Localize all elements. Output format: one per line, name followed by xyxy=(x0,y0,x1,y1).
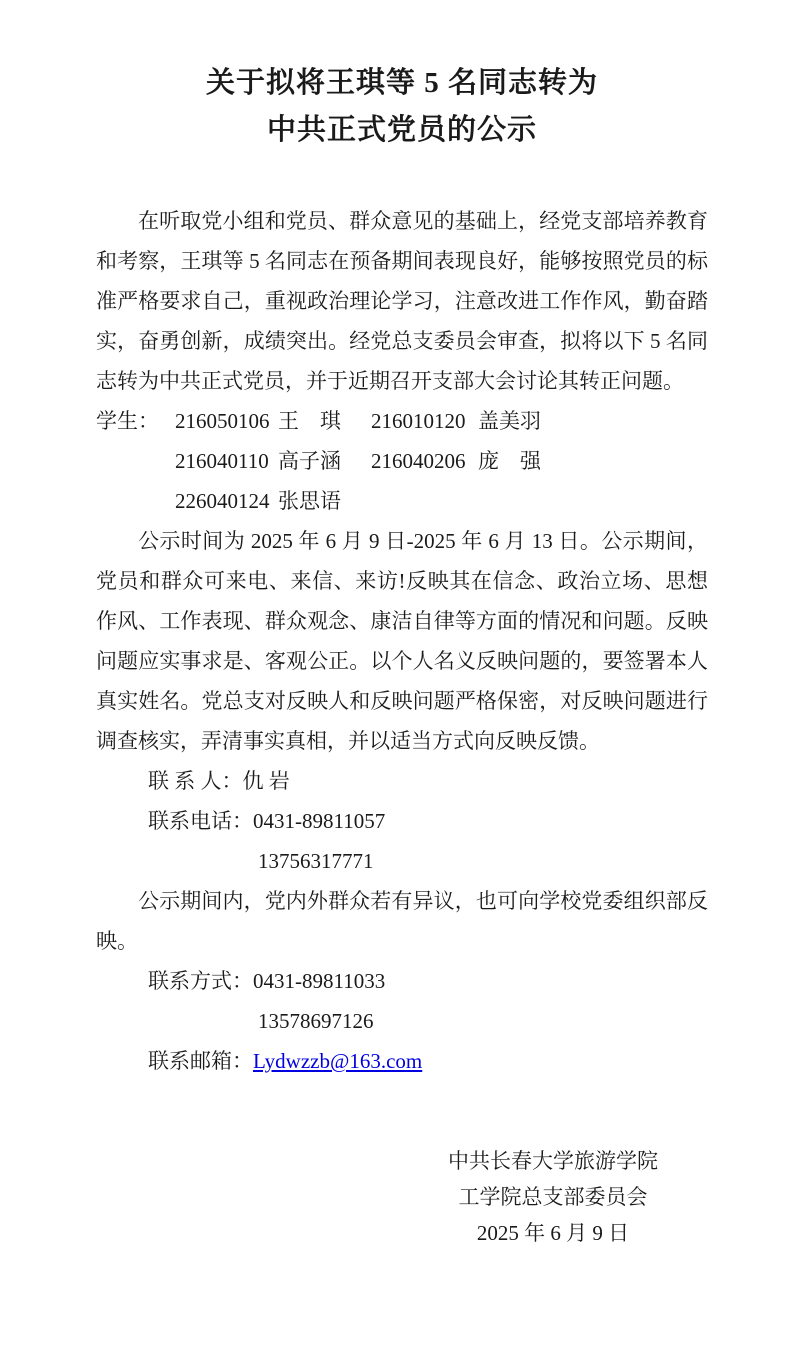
contact-method-row: 联系方式： 0431-89811033 xyxy=(148,961,708,1001)
student-name: 盖美羽 xyxy=(478,401,571,441)
contact-method-number: 0431-89811033 xyxy=(253,961,385,1001)
contact-method-number: 13578697126 xyxy=(258,1009,374,1033)
student-row: 216040110 高子涵 216040206 庞 强 xyxy=(96,441,708,481)
document-page: 关于拟将王琪等 5 名同志转为 中共正式党员的公示 在听取党小组和党员、群众意见… xyxy=(0,0,799,1346)
paragraph-objection: 公示期间内，党内外群众若有异议，也可向学校党委组织部反映。 xyxy=(96,881,708,961)
document-title-line-2: 中共正式党员的公示 xyxy=(96,107,708,154)
student-row-indent xyxy=(96,481,175,521)
contact-person-label: 联 系 人： xyxy=(148,761,243,801)
signature-org-line-1: 中共长春大学旅游学院 xyxy=(448,1143,658,1179)
student-id: 226040124 xyxy=(175,481,278,521)
email-link[interactable]: Lydwzzb@163.com xyxy=(253,1041,422,1081)
contact-phone-row-2: 13756317771 xyxy=(258,841,708,881)
document-content: 关于拟将王琪等 5 名同志转为 中共正式党员的公示 在听取党小组和党员、群众意见… xyxy=(0,0,799,1251)
contact-method-label: 联系方式： xyxy=(148,961,253,1001)
student-id: 216050106 xyxy=(175,401,278,441)
student-name: 高子涵 xyxy=(278,441,371,481)
contact-phone-number: 0431-89811057 xyxy=(253,801,385,841)
document-body: 在听取党小组和党员、群众意见的基础上，经党支部培养教育和考察，王琪等 5 名同志… xyxy=(96,201,708,1251)
student-row: 学生： 216050106 王 琪 216010120 盖美羽 xyxy=(96,401,708,441)
signature-block: 中共长春大学旅游学院 工学院总支部委员会 2025 年 6 月 9 日 xyxy=(448,1143,658,1251)
student-id: 216040110 xyxy=(175,441,278,481)
paragraph-notice: 公示时间为 2025 年 6 月 9 日-2025 年 6 月 13 日。公示期… xyxy=(96,521,708,761)
document-title-line-1: 关于拟将王琪等 5 名同志转为 xyxy=(96,60,708,107)
student-list-label: 学生： xyxy=(96,401,175,441)
signature-org-line-2: 工学院总支部委员会 xyxy=(448,1179,658,1215)
paragraph-intro: 在听取党小组和党员、群众意见的基础上，经党支部培养教育和考察，王琪等 5 名同志… xyxy=(96,201,708,401)
contact-phone-number: 13756317771 xyxy=(258,849,374,873)
student-list: 学生： 216050106 王 琪 216010120 盖美羽 21604011… xyxy=(96,401,708,521)
student-id: 216040206 xyxy=(371,441,478,481)
contact-method-row-2: 13578697126 xyxy=(258,1001,708,1041)
student-row-indent xyxy=(96,441,175,481)
student-row: 226040124 张思语 xyxy=(96,481,708,521)
student-name: 王 琪 xyxy=(278,401,371,441)
document-title: 关于拟将王琪等 5 名同志转为 中共正式党员的公示 xyxy=(96,60,708,154)
contact-email-row: 联系邮箱： Lydwzzb@163.com xyxy=(148,1041,708,1081)
contact-phone-label: 联系电话： xyxy=(148,801,253,841)
student-name: 张思语 xyxy=(278,481,371,521)
contact-person-name: 仇 岩 xyxy=(243,761,290,801)
student-id: 216010120 xyxy=(371,401,478,441)
contact-person-row: 联 系 人： 仇 岩 xyxy=(148,761,708,801)
signature-date: 2025 年 6 月 9 日 xyxy=(448,1215,658,1251)
student-name: 庞 强 xyxy=(478,441,571,481)
contact-email-label: 联系邮箱： xyxy=(148,1041,253,1081)
contact-phone-row: 联系电话： 0431-89811057 xyxy=(148,801,708,841)
